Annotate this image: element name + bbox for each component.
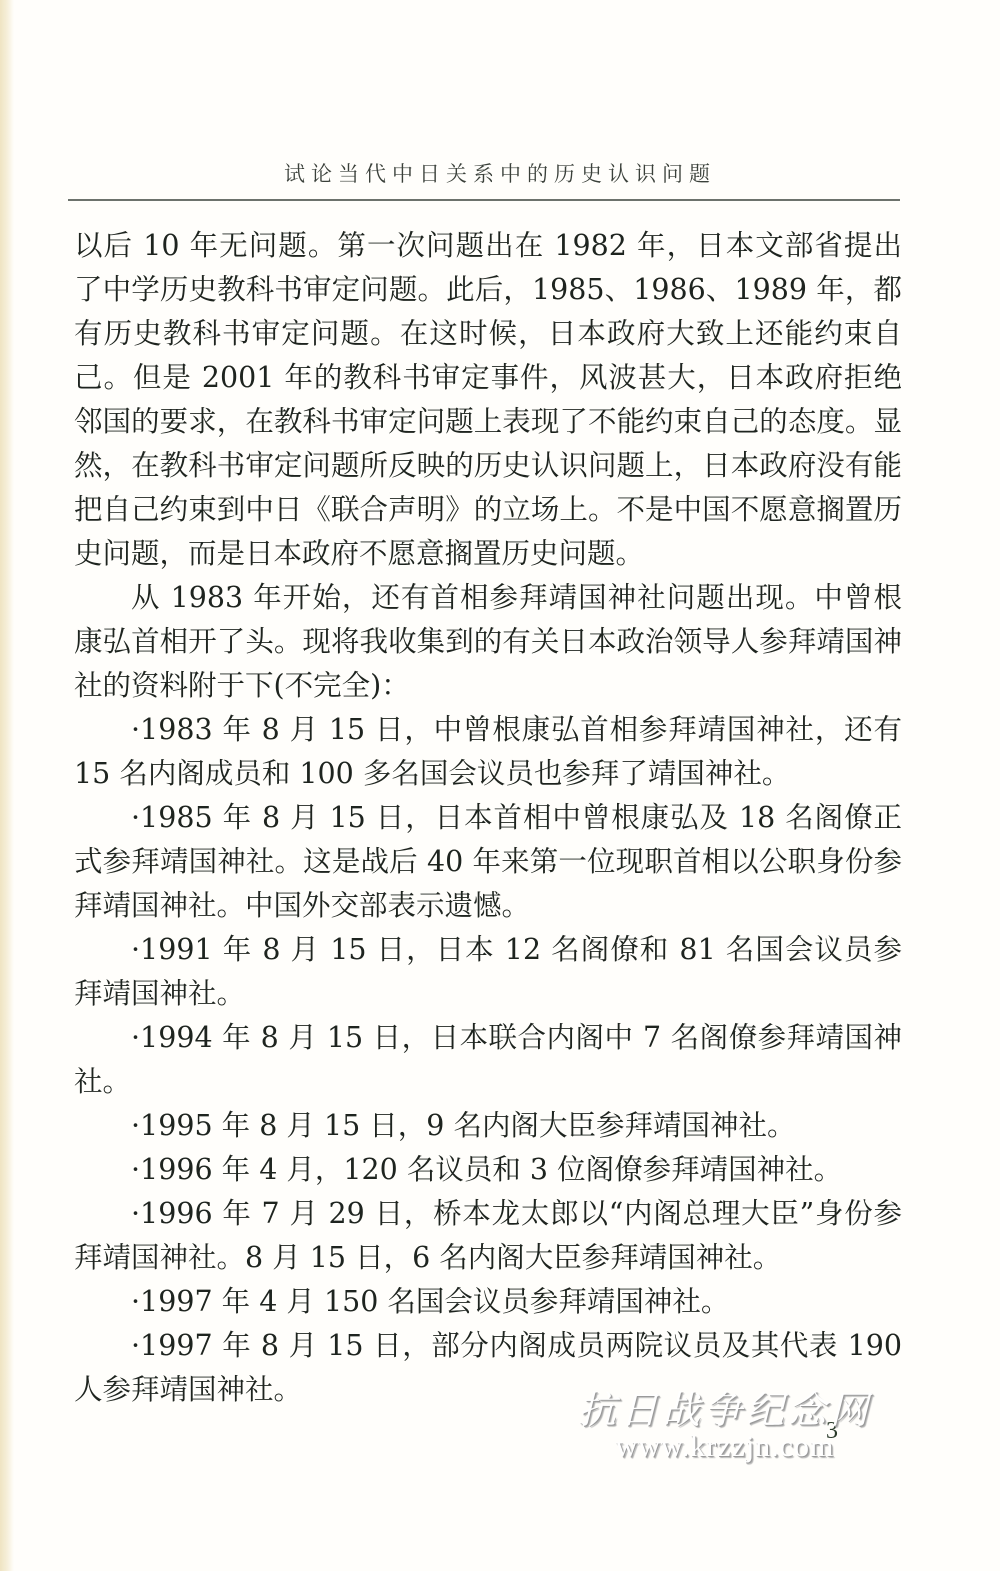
watermark-name: 抗日战争纪念网: [560, 1388, 890, 1432]
paragraph: 从 1983 年开始，还有首相参拜靖国神社问题出现。中曾根康弘首相开了头。现将我…: [74, 576, 902, 708]
paragraph: 以后 10 年无问题。第一次问题出在 1982 年，日本文部省提出了中学历史教科…: [74, 224, 902, 576]
list-item: ·1996 年 7 月 29 日，桥本龙太郎以“内阁总理大臣”身份参拜靖国神社。…: [74, 1192, 902, 1280]
list-item: ·1995 年 8 月 15 日，9 名内阁大臣参拜靖国神社。: [74, 1104, 902, 1148]
watermark: 抗日战争纪念网 www.krzzjn.com: [560, 1388, 890, 1462]
list-item: ·1985 年 8 月 15 日，日本首相中曾根康弘及 18 名阁僚正式参拜靖国…: [74, 796, 902, 928]
list-item: ·1997 年 4 月 150 名国会议员参拜靖国神社。: [74, 1280, 902, 1324]
watermark-url: www.krzzjn.com: [560, 1432, 890, 1462]
header-rule: [68, 199, 900, 201]
list-item: ·1996 年 4 月，120 名议员和 3 位阁僚参拜靖国神社。: [74, 1148, 902, 1192]
running-head: 试论当代中日关系中的历史认识问题: [0, 158, 1000, 188]
body-text: 以后 10 年无问题。第一次问题出在 1982 年，日本文部省提出了中学历史教科…: [74, 224, 902, 1412]
list-item: ·1994 年 8 月 15 日，日本联合内阁中 7 名阁僚参拜靖国神社。: [74, 1016, 902, 1104]
page-spine-shadow: [0, 0, 14, 1571]
list-item: ·1983 年 8 月 15 日，中曾根康弘首相参拜靖国神社，还有 15 名内阁…: [74, 708, 902, 796]
list-item: ·1991 年 8 月 15 日，日本 12 名阁僚和 81 名国会议员参拜靖国…: [74, 928, 902, 1016]
